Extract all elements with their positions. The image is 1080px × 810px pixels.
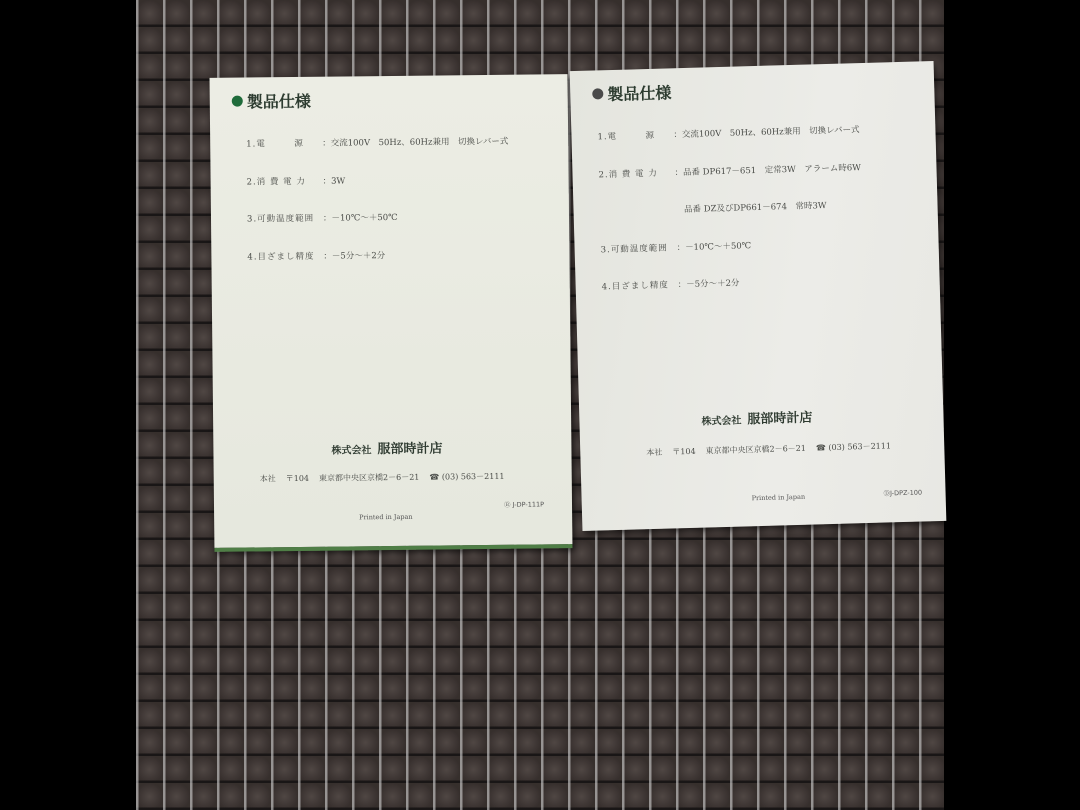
spec-label: 1.電 源 xyxy=(246,138,322,151)
spec-label: 4.目ざまし精度 xyxy=(602,279,678,294)
spec-value: 品番 DZ及びDP661－674 常時3W xyxy=(675,200,826,217)
spec-value: ：－10℃～＋50℃ xyxy=(323,212,398,225)
spec-row: 1.電 源：交流100V 50Hz、60Hz兼用 切換レバー式 xyxy=(246,136,508,151)
spec-row: 1.電 源：交流100V 50Hz、60Hz兼用 切換レバー式 xyxy=(597,124,860,144)
street-address: 東京都中央区京橋2－6－21 xyxy=(319,472,419,484)
document-code: ⒹJ-DPZ-100 xyxy=(883,487,922,497)
spec-value: ：－10℃～＋50℃ xyxy=(676,240,751,255)
spec-value: ：－5分～＋2分 xyxy=(323,250,385,263)
street-address: 東京都中央区京橋2－6－21 xyxy=(705,443,806,457)
spec-title-text: 製品仕様 xyxy=(247,89,311,113)
spec-list: 1.電 源：交流100V 50Hz、60Hz兼用 切換レバー式 2.消 費 電 … xyxy=(597,99,865,319)
spec-value: ：品番 DP617－651 定常3W アラーム時6W xyxy=(674,162,861,180)
bullet-icon xyxy=(232,96,243,107)
phone-number: (03) 563－2111 xyxy=(442,472,505,482)
spec-title: 製品仕様 xyxy=(232,89,311,113)
office-label: 本社 xyxy=(646,447,662,458)
spec-label: 2.消 費 電 力 xyxy=(247,175,323,188)
spec-label: 3.可動温度範囲 xyxy=(247,213,323,226)
company-name: 株式会社服部時計店 xyxy=(701,407,813,429)
printed-in-japan: Printed in Japan xyxy=(359,513,413,522)
spec-title-text: 製品仕様 xyxy=(607,80,672,105)
booklet-right: 製品仕様 1.電 源：交流100V 50Hz、60Hz兼用 切換レバー式 2.消… xyxy=(570,61,947,531)
office-label: 本社 xyxy=(260,473,276,484)
spec-label xyxy=(599,204,675,219)
printed-in-japan: Printed in Japan xyxy=(752,493,806,502)
phone-number: (03) 563－2111 xyxy=(828,441,891,452)
spec-row: 2.消 費 電 力：品番 DP617－651 定常3W アラーム時6W xyxy=(598,162,861,182)
phone-icon: ☎ xyxy=(816,443,826,452)
company-title: 服部時計店 xyxy=(377,441,442,457)
spec-row: 2.消 費 電 力：3W xyxy=(247,173,509,188)
spec-label: 4.目ざまし精度 xyxy=(247,250,323,263)
postal-code: 〒104 xyxy=(286,473,309,484)
company-prefix: 株式会社 xyxy=(331,445,371,456)
spec-title: 製品仕様 xyxy=(592,80,672,105)
bullet-icon xyxy=(592,88,603,99)
spec-value: ：3W xyxy=(323,175,346,188)
address-line: 本社 〒104 東京都中央区京橋2－6－21 ☎ (03) 563－2111 xyxy=(260,471,505,485)
company-name: 株式会社服部時計店 xyxy=(331,437,442,457)
spec-row: 3.可動温度範囲：－10℃～＋50℃ xyxy=(247,211,509,226)
spec-row: 4.目ざまし精度：－5分～＋2分 xyxy=(247,248,509,263)
spec-row: 品番 DZ及びDP661－674 常時3W xyxy=(599,199,862,219)
spec-label: 3.可動温度範囲 xyxy=(600,242,676,257)
booklet-left: 製品仕様 1.電 源：交流100V 50Hz、60Hz兼用 切換レバー式 2.消… xyxy=(210,74,573,552)
spec-value: ：交流100V 50Hz、60Hz兼用 切換レバー式 xyxy=(673,124,859,142)
address-line: 本社 〒104 東京都中央区京橋2－6－21 ☎ (03) 563－2111 xyxy=(646,440,891,458)
phone-icon: ☎ xyxy=(429,473,439,482)
spec-row: 4.目ざまし精度：－5分～＋2分 xyxy=(602,274,865,294)
company-title: 服部時計店 xyxy=(747,411,812,428)
spec-value: ：－5分～＋2分 xyxy=(678,278,740,292)
spec-list: 1.電 源：交流100V 50Hz、60Hz兼用 切換レバー式 2.消 費 電 … xyxy=(246,111,510,289)
spec-label: 1.電 源 xyxy=(597,129,673,144)
company-prefix: 株式会社 xyxy=(701,416,741,428)
postal-code: 〒104 xyxy=(672,446,696,458)
spec-row: 3.可動温度範囲：－10℃～＋50℃ xyxy=(600,237,863,257)
document-code: Ⓑ J-DP-111P xyxy=(504,499,544,508)
spec-label: 2.消 費 電 力 xyxy=(598,167,674,182)
spec-value: ：交流100V 50Hz、60Hz兼用 切換レバー式 xyxy=(322,136,508,150)
